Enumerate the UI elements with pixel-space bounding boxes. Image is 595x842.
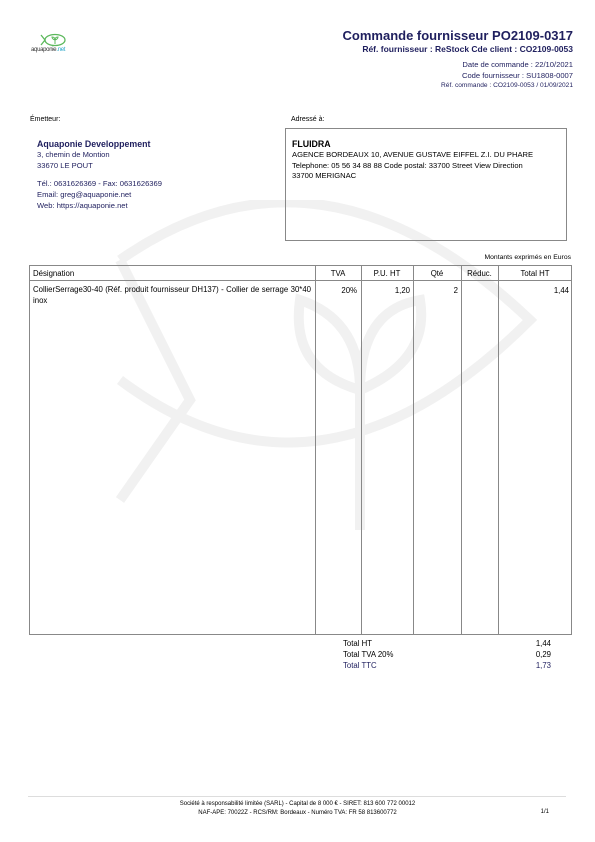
legal-footer: Société à responsabilité limitée (SARL) … xyxy=(0,800,595,818)
recipient-city: 33700 MERIGNAC xyxy=(292,171,564,182)
header-total-ht: Total HT xyxy=(498,269,572,278)
order-lines-table: Désignation TVA P.U. HT Qté Réduc. Total… xyxy=(29,265,572,635)
order-reference: Réf. commande : CO2109-0053 / 01/09/2021 xyxy=(441,82,573,89)
recipient-label: Adressé à: xyxy=(291,116,324,123)
emitter-address2: 33670 LE POUT xyxy=(37,161,162,172)
supplier-code: Code fournisseur : SU1808-0007 xyxy=(462,71,573,80)
row-designation: CollierSerrage30-40 (Réf. produit fourni… xyxy=(33,285,311,306)
emitter-phone-fax: Tél.: 0631626369 - Fax: 0631626369 xyxy=(37,179,162,190)
row-unit-price: 1,20 xyxy=(361,286,410,295)
company-logo: aquaponie.net xyxy=(31,33,77,57)
emitter-block: Aquaponie Developpement 3, chemin de Mon… xyxy=(37,139,162,212)
total-ttc-row: Total TTC 1,73 xyxy=(343,661,551,672)
page-number: 1/1 xyxy=(541,809,549,815)
row-tva: 20% xyxy=(315,286,357,295)
recipient-address: AGENCE BORDEAUX 10, AVENUE GUSTAVE EIFFE… xyxy=(292,150,564,172)
total-ttc-label: Total TTC xyxy=(343,661,377,670)
footer-line1: Société à responsabilité limitée (SARL) … xyxy=(0,800,595,809)
row-total-ht: 1,44 xyxy=(498,286,569,295)
total-ht-label: Total HT xyxy=(343,639,372,648)
emitter-name: Aquaponie Developpement xyxy=(37,139,162,150)
currency-note: Montants exprimés en Euros xyxy=(484,254,571,261)
column-divider xyxy=(413,266,414,634)
total-tva-value: 0,29 xyxy=(536,650,551,659)
column-divider xyxy=(315,266,316,634)
emitter-web: Web: https://aquaponie.net xyxy=(37,201,162,212)
column-divider xyxy=(361,266,362,634)
supplier-reference: Réf. fournisseur : ReStock Cde client : … xyxy=(362,44,573,54)
emitter-label: Émetteur: xyxy=(30,116,60,123)
header-tva: TVA xyxy=(315,269,361,278)
header-divider xyxy=(30,280,571,281)
order-date: Date de commande : 22/10/2021 xyxy=(462,60,573,69)
column-divider xyxy=(498,266,499,634)
row-quantity: 2 xyxy=(413,286,458,295)
total-ht-row: Total HT 1,44 xyxy=(343,639,551,650)
recipient-name: FLUIDRA xyxy=(292,139,564,150)
header-quantity: Qté xyxy=(413,269,461,278)
footer-divider xyxy=(28,796,566,797)
total-tva-label: Total TVA 20% xyxy=(343,650,393,659)
column-divider xyxy=(461,266,462,634)
header-discount: Réduc. xyxy=(461,269,498,278)
fish-sprout-logo-icon xyxy=(31,33,77,47)
total-ht-value: 1,44 xyxy=(536,639,551,648)
emitter-email: Email: greg@aquaponie.net xyxy=(37,190,162,201)
total-tva-row: Total TVA 20% 0,29 xyxy=(343,650,551,661)
header-designation: Désignation xyxy=(33,269,74,278)
total-ttc-value: 1,73 xyxy=(536,661,551,670)
emitter-address1: 3, chemin de Montion xyxy=(37,150,162,161)
footer-line2: NAF-APE: 70022Z - RCS/RM: Bordeaux - Num… xyxy=(0,809,595,818)
recipient-block: FLUIDRA AGENCE BORDEAUX 10, AVENUE GUSTA… xyxy=(292,139,564,182)
logo-text: aquaponie.net xyxy=(31,47,65,53)
header-unit-price: P.U. HT xyxy=(361,269,413,278)
document-title: Commande fournisseur PO2109-0317 xyxy=(343,28,573,43)
